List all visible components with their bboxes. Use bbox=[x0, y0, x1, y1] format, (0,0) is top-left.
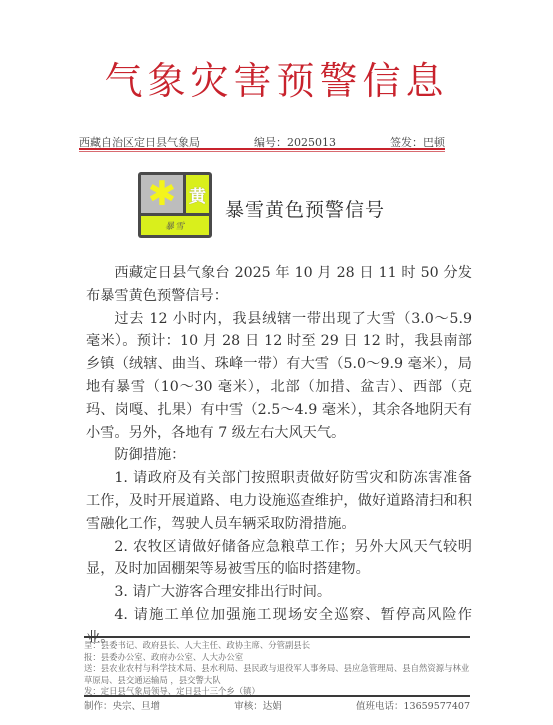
header-divider-secondary bbox=[79, 151, 445, 152]
measure-item: 3. 请广大游客合理安排出行时间。 bbox=[86, 581, 472, 604]
signal-title: 暴雪黄色预警信号 bbox=[225, 195, 385, 222]
warning-body: 西藏定日县气象台 2025 年 10 月 28 日 11 时 50 分发布暴雪黄… bbox=[86, 262, 472, 650]
header-divider bbox=[79, 148, 445, 150]
issuance-paragraph: 西藏定日县气象台 2025 年 10 月 28 日 11 时 50 分发布暴雪黄… bbox=[86, 262, 472, 308]
reviewer: 审核：达娟 bbox=[234, 698, 282, 712]
snowflake-icon: ✱ bbox=[141, 175, 183, 213]
producer: 制作：央宗、旦增 bbox=[84, 698, 160, 712]
duty-phone: 值班电话：13659577407 bbox=[356, 698, 470, 712]
distribution-line: 呈：县委书记、政府县长、人大主任、政协主席、分管副县长 bbox=[84, 640, 474, 652]
signal-icon-label: 暴雪 bbox=[141, 216, 209, 235]
distribution-line: 送：县农业农村与科学技术局、县水利局、县民政与退役军人事务局、县应急管理局、县自… bbox=[84, 663, 474, 686]
footer-credits: 制作：央宗、旦增 审核：达娟 值班电话：13659577407 bbox=[84, 698, 470, 712]
document-title: 气象灾害预警信息 bbox=[0, 50, 553, 105]
forecast-paragraph: 过去 12 小时内，我县绒辖一带出现了大雪（3.0～5.9 毫米）。预计：10 … bbox=[86, 308, 472, 445]
distribution-line: 报：县委办公室、政府办公室、人大办公室 bbox=[84, 652, 474, 664]
distribution-list: 呈：县委书记、政府县长、人大主任、政协主席、分管副县长 报：县委办公室、政府办公… bbox=[84, 640, 474, 698]
measures-heading: 防御措施： bbox=[86, 444, 472, 467]
blizzard-yellow-signal-icon: ✱ 黄 暴雪 bbox=[138, 172, 212, 238]
signal-level-char: 黄 bbox=[186, 175, 209, 213]
footer-divider-top bbox=[84, 636, 470, 638]
measure-item: 1. 请政府及有关部门按照职责做好防雪灾和防冻害准备工作，及时开展道路、电力设施… bbox=[86, 467, 472, 535]
footer-divider-bottom bbox=[84, 695, 470, 697]
measure-item: 2. 农牧区请做好储备应急粮草工作；另外大风天气较明显，及时加固棚架等易被雪压的… bbox=[86, 536, 472, 582]
